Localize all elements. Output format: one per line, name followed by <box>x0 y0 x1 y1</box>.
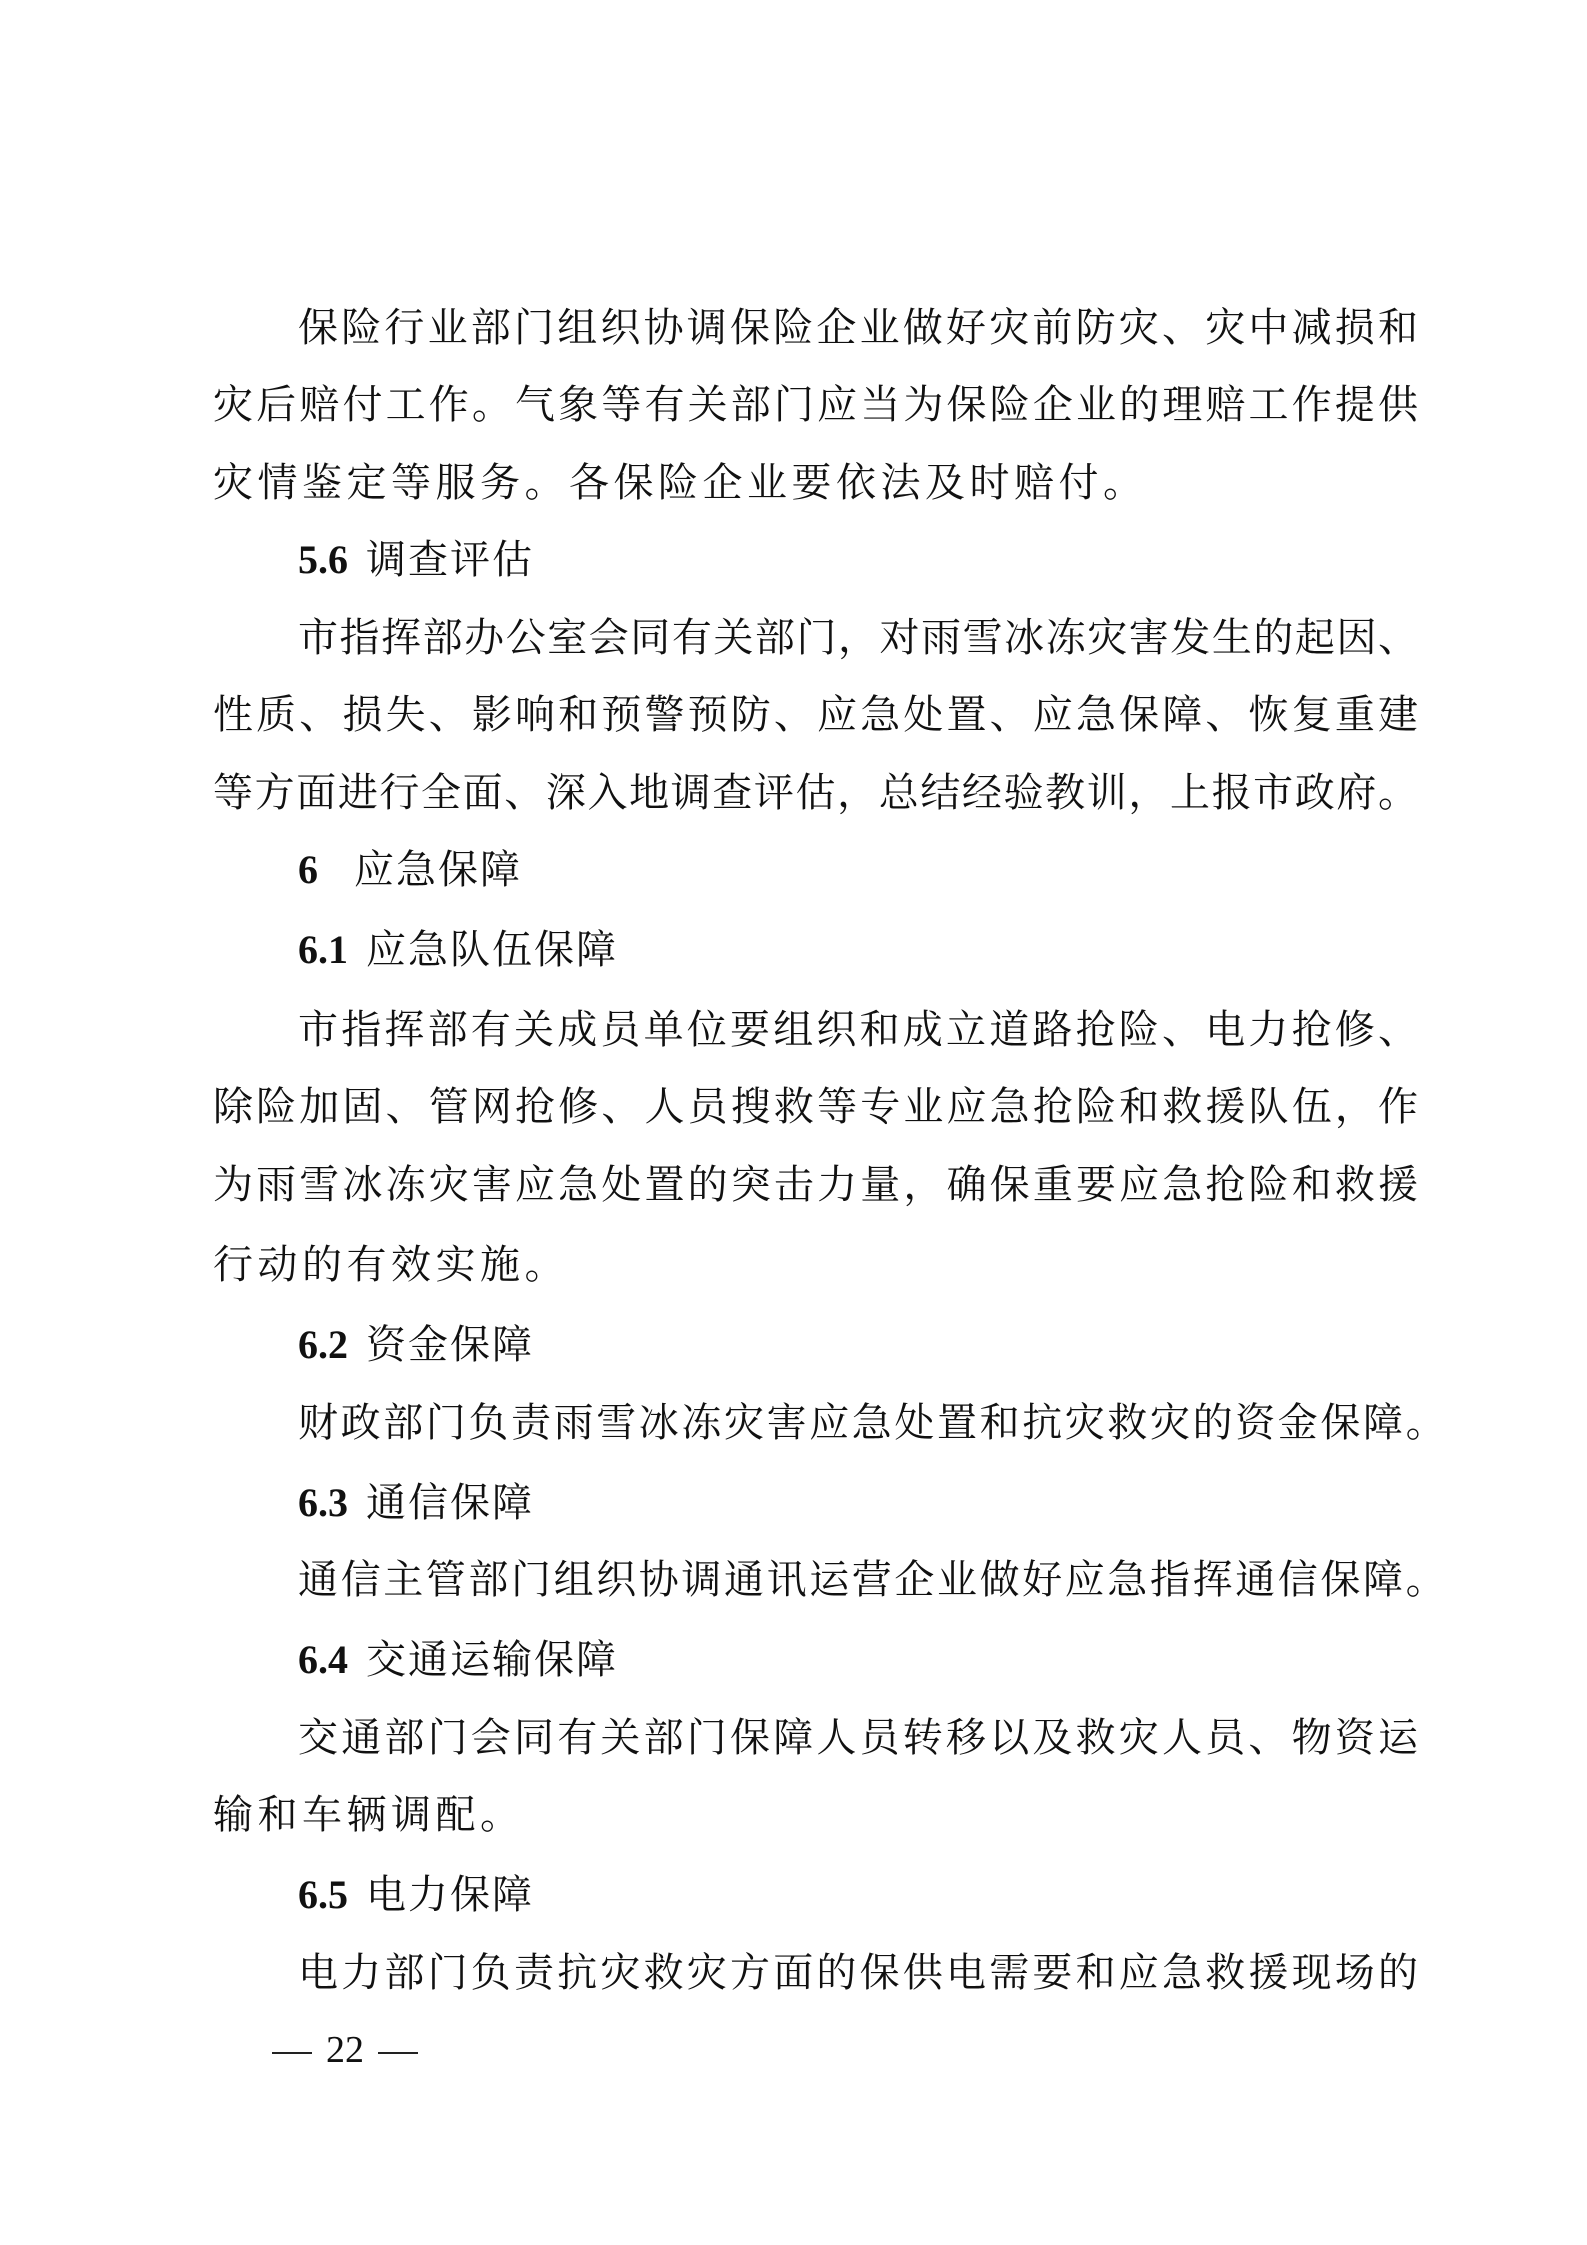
section-heading-6-4: 6.4交通运输保障 <box>298 1636 1503 1684</box>
page-dash-right <box>378 2052 418 2054</box>
paragraph-line: 通信主管部门组织协调通讯运营企业做好应急指挥通信保障。 <box>298 1556 1418 1604</box>
paragraph-line: 市指挥部有关成员单位要组织和成立道路抢险、电力抢修、 <box>298 1006 1418 1054</box>
section-heading-6-2: 6.2资金保障 <box>298 1321 1503 1369</box>
paragraph-line: 等方面进行全面、深入地调查评估，总结经验教训，上报市政府。 <box>213 769 1418 817</box>
section-title: 交通运输保障 <box>366 1637 618 1683</box>
paragraph-line: 财政部门负责雨雪冰冻灾害应急处置和抗灾救灾的资金保障。 <box>298 1399 1418 1447</box>
section-number: 6.4 <box>298 1637 348 1682</box>
section-heading-6: 6应急保障 <box>298 846 1503 894</box>
paragraph-line: 性质、损失、影响和预警预防、应急处置、应急保障、恢复重建 <box>213 691 1418 739</box>
section-heading-5-6: 5.6调查评估 <box>298 536 1503 584</box>
section-number: 6 <box>298 847 318 892</box>
page-number: 22 <box>258 2028 432 2072</box>
paragraph-line: 市指挥部办公室会同有关部门，对雨雪冰冻灾害发生的起因、 <box>298 614 1418 662</box>
paragraph-line: 灾后赔付工作。气象等有关部门应当为保险企业的理赔工作提供 <box>213 381 1418 429</box>
paragraph-line: 灾情鉴定等服务。各保险企业要依法及时赔付。 <box>213 459 1418 507</box>
section-heading-6-3: 6.3通信保障 <box>298 1479 1503 1527</box>
section-title: 应急队伍保障 <box>366 927 618 973</box>
paragraph-line: 电力部门负责抗灾救灾方面的保供电需要和应急救援现场的 <box>298 1949 1418 1997</box>
page-number-value: 22 <box>326 2029 364 2071</box>
page-dash-left <box>272 2052 312 2054</box>
section-number: 6.1 <box>298 927 348 972</box>
paragraph-line: 交通部门会同有关部门保障人员转移以及救灾人员、物资运 <box>298 1714 1418 1762</box>
section-title: 调查评估 <box>366 537 534 583</box>
section-number: 5.6 <box>298 537 348 582</box>
paragraph-line: 为雨雪冰冻灾害应急处置的突击力量，确保重要应急抢险和救援 <box>213 1161 1418 1209</box>
section-heading-6-1: 6.1应急队伍保障 <box>298 926 1503 974</box>
section-number: 6.3 <box>298 1480 348 1525</box>
paragraph-line: 行动的有效实施。 <box>213 1241 1418 1289</box>
section-number: 6.2 <box>298 1322 348 1367</box>
section-title: 资金保障 <box>366 1322 534 1368</box>
paragraph-line: 除险加固、管网抢修、人员搜救等专业应急抢险和救援队伍，作 <box>213 1083 1418 1131</box>
section-title: 电力保障 <box>366 1872 534 1918</box>
section-title: 应急保障 <box>354 847 522 893</box>
section-number: 6.5 <box>298 1872 348 1917</box>
section-heading-6-5: 6.5电力保障 <box>298 1871 1503 1919</box>
section-title: 通信保障 <box>366 1480 534 1526</box>
paragraph-line: 保险行业部门组织协调保险企业做好灾前防灾、灾中减损和 <box>298 304 1418 352</box>
paragraph-line: 输和车辆调配。 <box>213 1791 1418 1839</box>
